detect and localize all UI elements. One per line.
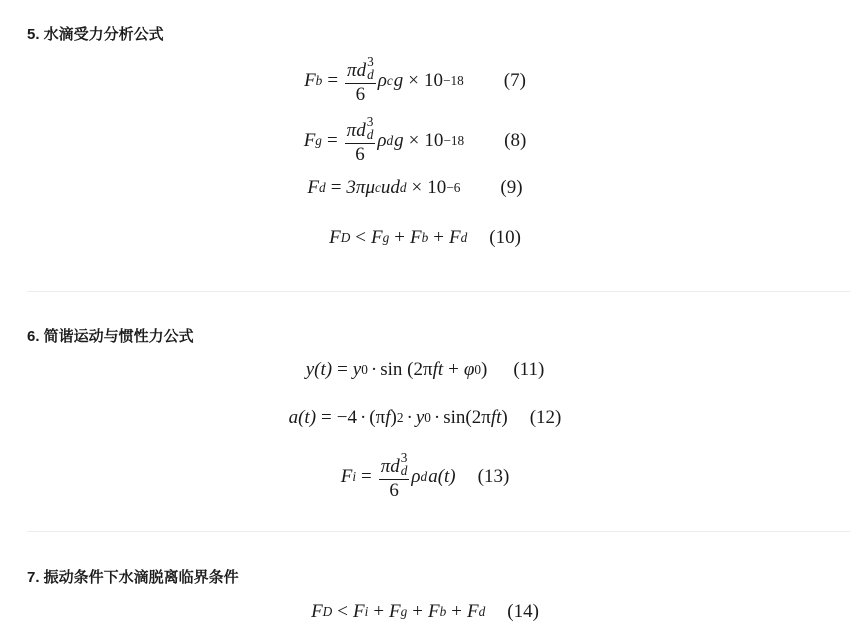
equation-14-body: FD < Fi + Fg + Fb + Fd [311,601,485,623]
less-than-sign: < [355,227,366,249]
equation-number: (7) [504,70,526,92]
equation-12: a(t) = −4 · (πf)2 · y0 · sin(2πft) (12) [0,404,850,432]
argument-close: ) [481,359,487,381]
argument-open: (2π [465,407,490,429]
fraction-denominator: 6 [355,144,365,166]
symbol-F: F [410,227,422,249]
plus-sign: + [412,601,423,623]
symbol-F: F [449,227,461,249]
dot-operator: · [434,407,440,429]
equation-8-body: Fg = πd3d 6 ρdg × 10−18 [304,116,464,165]
plus-sign: + [451,601,462,623]
equation-9: Fd = 3πμcudd × 10−6 (9) [0,174,850,202]
fraction: πd3d 6 [345,116,376,165]
symbol-F: F [389,601,401,623]
argument-close: ) [501,407,507,429]
equals-sign: = [331,177,342,199]
subsup: 3d [367,116,374,141]
symbol-F: F [311,601,323,623]
equation-11: y(t) = y0 · sin (2πft + φ0) (11) [0,356,850,384]
symbol-rho: ρ [377,130,386,152]
equation-12-body: a(t) = −4 · (πf)2 · y0 · sin(2πft) [289,407,508,429]
equals-sign: = [337,359,348,381]
base-10: 10 [427,177,446,199]
equation-number: (11) [513,359,544,381]
equation-number: (13) [478,466,510,488]
plus-sign: + [433,227,444,249]
symbol-g: g [394,70,404,92]
symbol-g: g [394,130,404,152]
sin-function: sin [443,407,465,429]
equation-9-body: Fd = 3πμcudd × 10−6 [307,177,460,199]
plus-sign: + [394,227,405,249]
fraction-numerator: πd3d [345,56,376,83]
plus-sign: + [448,359,459,381]
subsup: 3d [367,56,374,81]
equation-number: (10) [489,227,521,249]
equals-sign: = [327,70,338,92]
equation-10-body: FD < Fg + Fb + Fd [329,227,467,249]
base-10: 10 [424,70,443,92]
times-sign: × [409,130,420,152]
coefficient-3pi: 3π [346,177,365,199]
equation-11-body: y(t) = y0 · sin (2πft + φ0) [306,359,488,381]
argument-open: (2π [407,359,432,381]
symbol-rho: ρ [411,466,420,488]
a-of-t: a(t) [428,466,455,488]
equation-14: FD < Fi + Fg + Fb + Fd (14) [0,598,850,626]
equation-7: Fb = πd3d 6 ρcg × 10−18 (7) [0,58,850,104]
symbol-mu: μ [365,177,375,199]
section-divider [27,291,850,292]
symbol-pi: π [347,121,357,142]
base-10: 10 [424,130,443,152]
fraction-denominator: 6 [356,84,366,106]
symbol-y: y [416,407,424,429]
symbol-pi: π [347,61,357,82]
equation-13: Fi = πd3d 6 ρda(t) (13) [0,454,850,500]
equation-number: (14) [507,601,539,623]
symbol-F: F [304,70,316,92]
dot-operator: · [360,407,366,429]
equation-8: Fg = πd3d 6 ρdg × 10−18 (8) [0,118,850,164]
times-sign: × [408,70,419,92]
dot-operator: · [406,407,412,429]
times-sign: × [412,177,423,199]
equation-10: FD < Fg + Fb + Fd (10) [0,224,850,252]
symbol-d: d [390,177,400,199]
lhs-y-of-t: y(t) [306,359,332,381]
symbol-F: F [428,601,440,623]
symbol-u: u [381,177,391,199]
symbol-d: d [356,121,366,142]
symbol-t: t [438,359,443,381]
section-divider [27,531,850,532]
equation-number: (8) [504,130,526,152]
fraction-numerator: πd3d [379,452,410,479]
coefficient-neg4: −4 [337,407,357,429]
fraction: πd3d 6 [345,56,376,105]
equation-number: (12) [530,407,562,429]
symbol-F: F [304,130,316,152]
section-heading-5: 5. 水滴受力分析公式 [27,23,164,44]
symbol-F: F [371,227,383,249]
subscript: d [367,69,374,82]
section-heading-7: 7. 振动条件下水滴脱离临界条件 [27,566,239,587]
paren-open-pi: (π [369,407,385,429]
equals-sign: = [321,407,332,429]
symbol-F: F [467,601,479,623]
symbol-F: F [307,177,319,199]
less-than-sign: < [337,601,348,623]
symbol-y: y [353,359,361,381]
equals-sign: = [327,130,338,152]
equation-7-body: Fb = πd3d 6 ρcg × 10−18 [304,56,464,105]
paren-close: ) [391,407,397,429]
symbol-F: F [353,601,365,623]
section-heading-6: 6. 简谐运动与惯性力公式 [27,325,194,346]
fraction: πd3d 6 [379,452,410,501]
sin-function: sin [380,359,402,381]
fraction-numerator: πd3d [345,116,376,143]
symbol-F: F [329,227,341,249]
lhs-a-of-t: a(t) [289,407,316,429]
subsup: 3d [401,452,408,477]
symbol-F: F [341,466,353,488]
equation-13-body: Fi = πd3d 6 ρda(t) [341,452,456,501]
subscript: d [367,129,374,142]
symbol-rho: ρ [378,70,387,92]
equation-number: (9) [500,177,522,199]
symbol-pi: π [381,457,391,478]
equals-sign: = [361,466,372,488]
symbol-d: d [357,61,367,82]
subscript: d [401,465,408,478]
plus-sign: + [373,601,384,623]
fraction-denominator: 6 [389,480,399,502]
symbol-d: d [390,457,400,478]
dot-operator: · [371,359,377,381]
symbol-phi: φ [464,359,475,381]
